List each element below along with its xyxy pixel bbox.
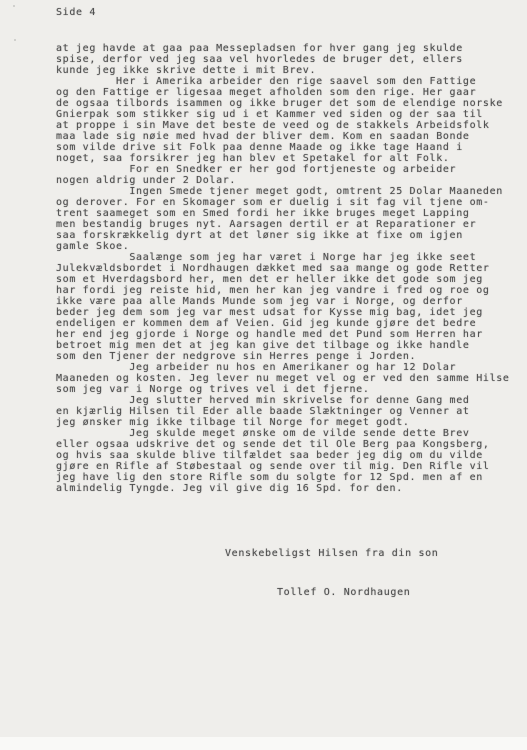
scanned-letter-page: Side 4 at jeg havde at gaa paa Messeplad… bbox=[0, 0, 527, 750]
signature-block: Venskebeligst Hilsen fra din son Tollef … bbox=[225, 521, 438, 625]
signature-name: Tollef O. Nordhaugen bbox=[277, 586, 438, 599]
page-number: Side 4 bbox=[56, 7, 96, 18]
scan-edge bbox=[0, 737, 527, 750]
letter-body: at jeg havde at gaa paa Messepladsen for… bbox=[56, 43, 510, 494]
signature-closing: Venskebeligst Hilsen fra din son bbox=[225, 547, 438, 560]
paper-speck bbox=[14, 39, 16, 41]
paper-speck bbox=[13, 5, 15, 7]
